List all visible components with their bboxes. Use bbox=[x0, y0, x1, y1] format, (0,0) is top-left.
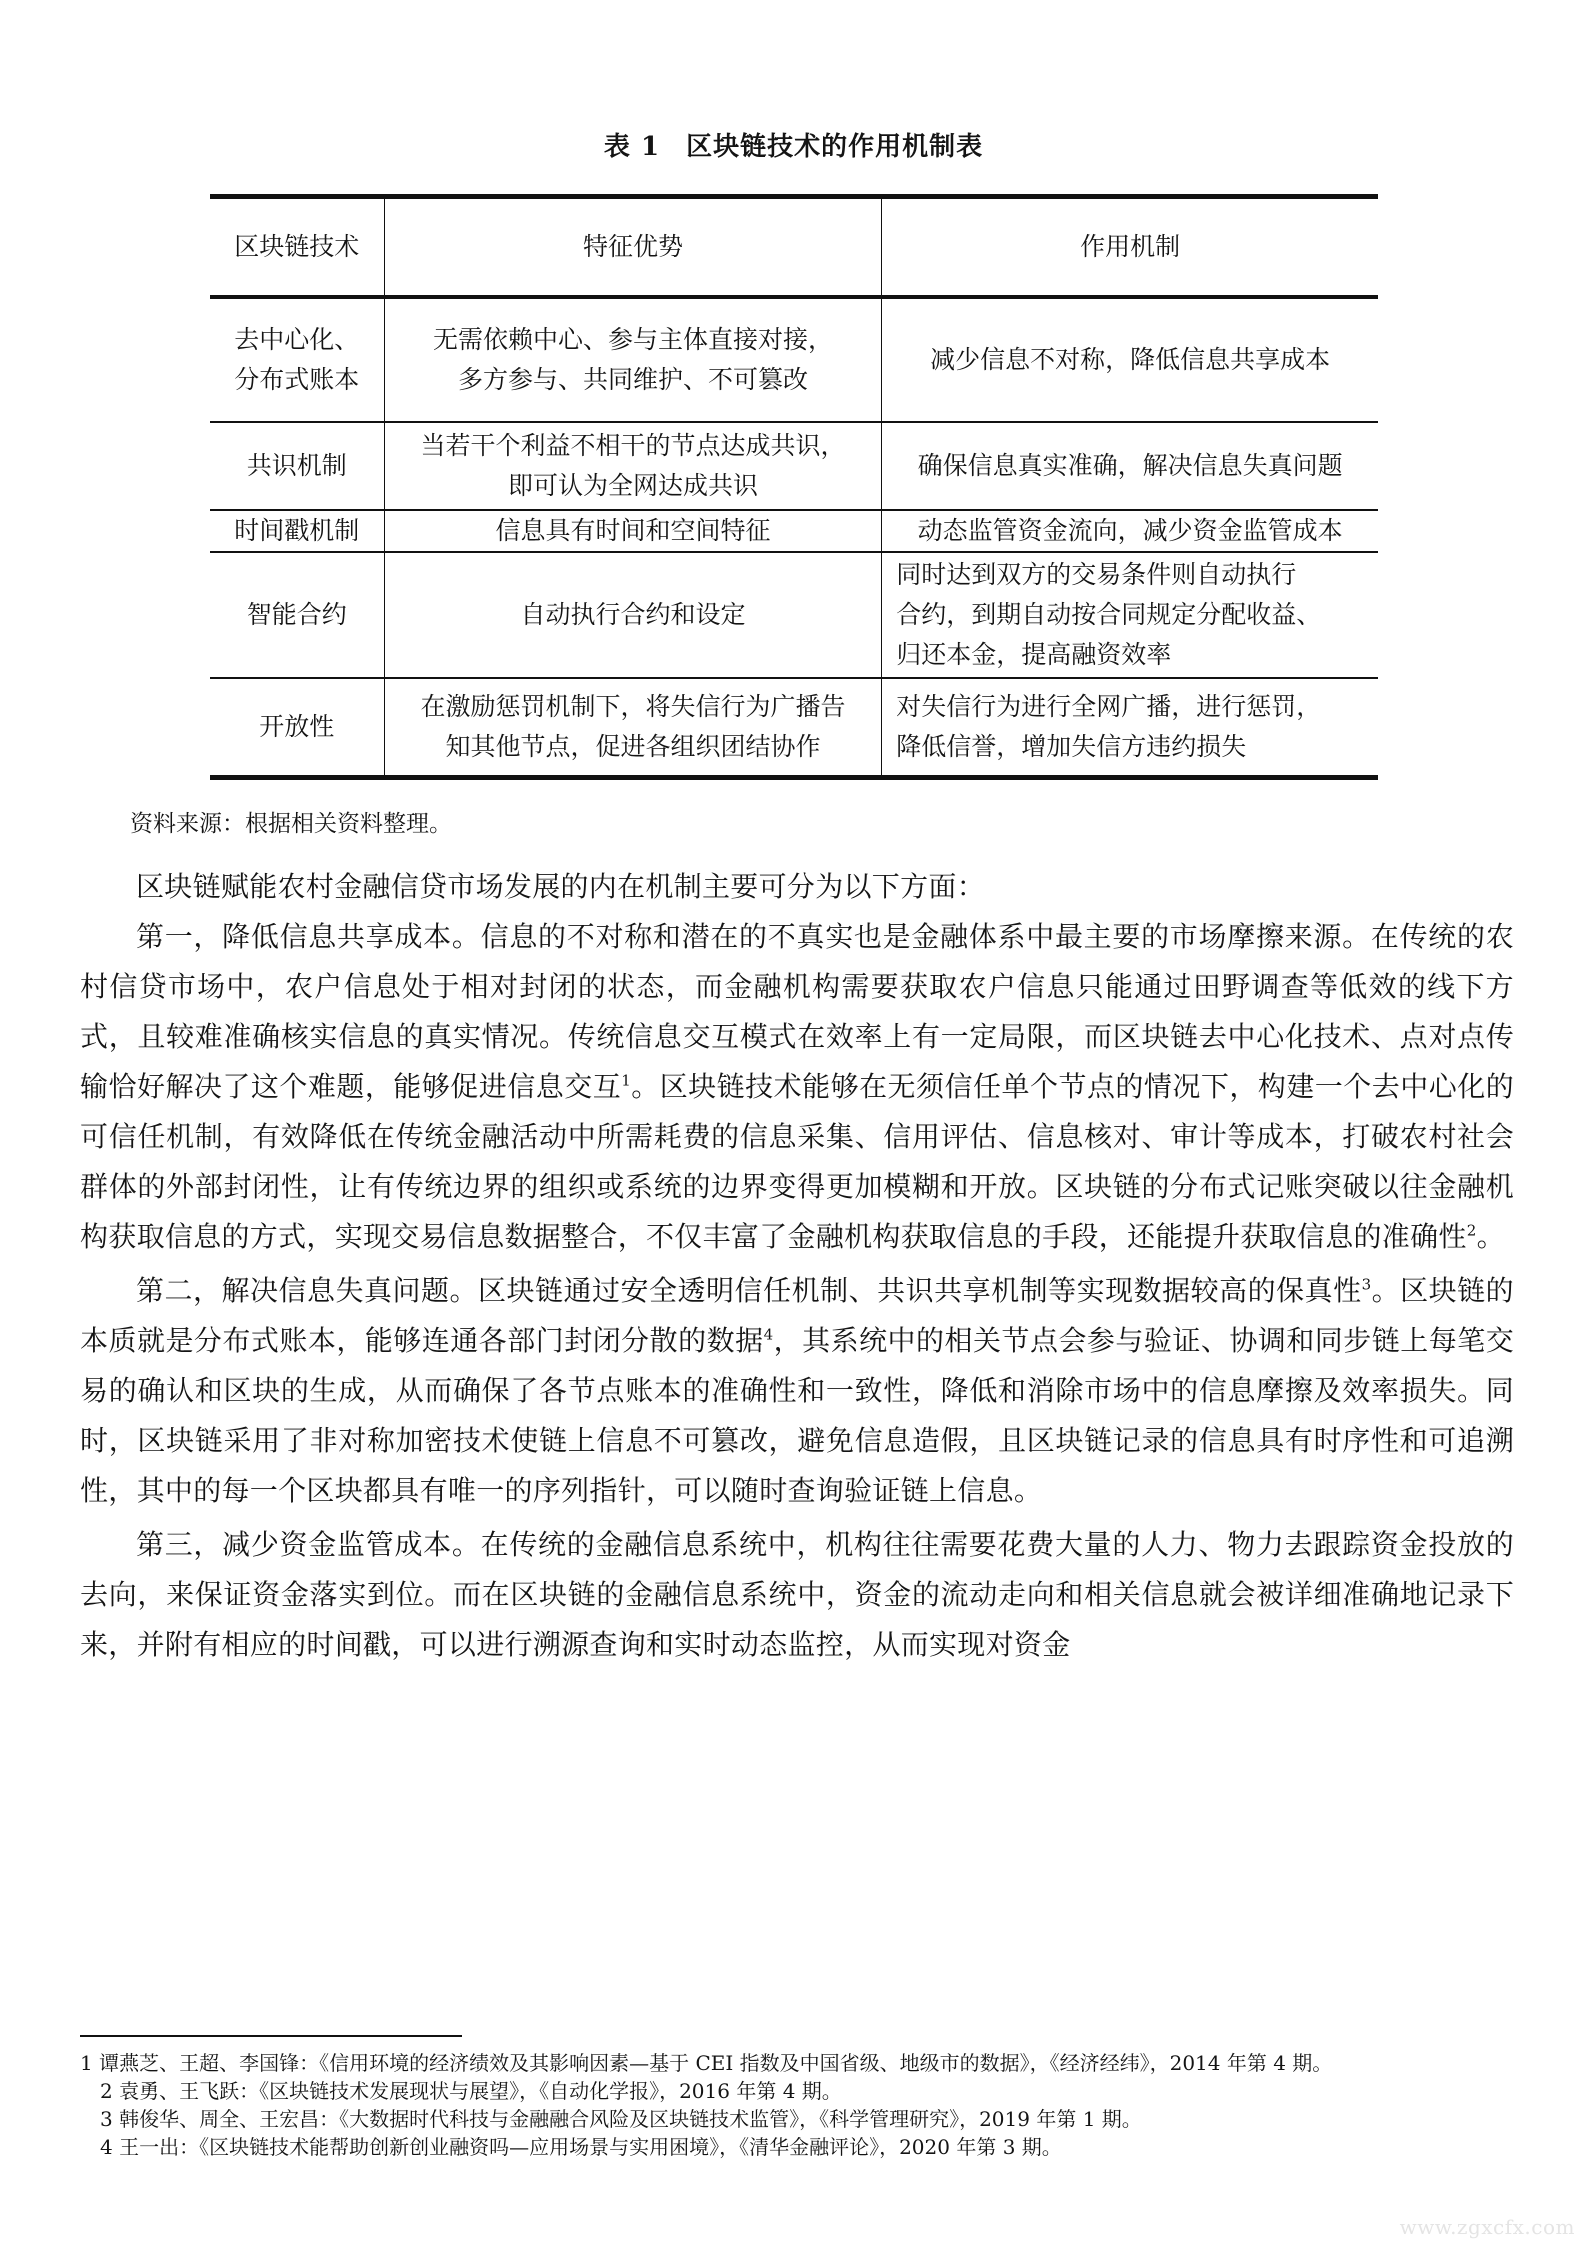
document-page: 表 1区块链技术的作用机制表 区块链技术 特征优势 作用机制 去中心化、 分布式… bbox=[0, 0, 1587, 2245]
cell-mechanism: 减少信息不对称，降低信息共享成本 bbox=[882, 297, 1378, 422]
cell-mechanism: 动态监管资金流向，减少资金监管成本 bbox=[882, 510, 1378, 552]
footnote-ref-4[interactable]: 4 bbox=[764, 1326, 774, 1344]
footnote-4: 4 王一出：《区块链技术能帮助创新创业融资吗—应用场景与实用困境》，《清华金融评… bbox=[80, 2133, 1520, 2161]
body-text: 区块链赋能农村金融信贷市场发展的内在机制主要可分为以下方面： 第一，降低信息共享… bbox=[80, 862, 1514, 1670]
footnote-2: 2 袁勇、王飞跃：《区块链技术发展现状与展望》，《自动化学报》，2016 年第 … bbox=[80, 2077, 1520, 2105]
cell-features: 自动执行合约和设定 bbox=[384, 552, 882, 678]
table-row: 去中心化、 分布式账本 无需依赖中心、参与主体直接对接， 多方参与、共同维护、不… bbox=[210, 297, 1378, 422]
table-source-note: 资料来源：根据相关资料整理。 bbox=[130, 805, 452, 838]
cell-tech: 智能合约 bbox=[210, 552, 384, 678]
cell-tech: 时间戳机制 bbox=[210, 510, 384, 552]
table-row: 时间戳机制 信息具有时间和空间特征 动态监管资金流向，减少资金监管成本 bbox=[210, 510, 1378, 552]
cell-features: 在激励惩罚机制下，将失信行为广播告 知其他节点，促进各组织团结协作 bbox=[384, 678, 882, 778]
header-cell-features: 特征优势 bbox=[384, 197, 882, 297]
footnote-ref-2[interactable]: 2 bbox=[1467, 1222, 1477, 1240]
intro-paragraph: 区块链赋能农村金融信贷市场发展的内在机制主要可分为以下方面： bbox=[80, 862, 1514, 912]
watermark: www.zgxcfx.com bbox=[1400, 2215, 1575, 2239]
footnotes: 1 谭燕芝、王超、李国锋：《信用环境的经济绩效及其影响因素—基于 CEI 指数及… bbox=[80, 2049, 1520, 2161]
cell-mechanism: 对失信行为进行全网广播，进行惩罚， 降低信誉，增加失信方违约损失 bbox=[882, 678, 1378, 778]
cell-mechanism: 确保信息真实准确，解决信息失真问题 bbox=[882, 422, 1378, 510]
table-header-row: 区块链技术 特征优势 作用机制 bbox=[210, 197, 1378, 297]
cell-features: 信息具有时间和空间特征 bbox=[384, 510, 882, 552]
footnote-1: 1 谭燕芝、王超、李国锋：《信用环境的经济绩效及其影响因素—基于 CEI 指数及… bbox=[80, 2049, 1520, 2077]
table-row: 开放性 在激励惩罚机制下，将失信行为广播告 知其他节点，促进各组织团结协作 对失… bbox=[210, 678, 1378, 778]
cell-tech: 去中心化、 分布式账本 bbox=[210, 297, 384, 422]
paragraph-third: 第三，减少资金监管成本。在传统的金融信息系统中，机构往往需要花费大量的人力、物力… bbox=[80, 1520, 1514, 1670]
footnote-3: 3 韩俊华、周全、王宏昌：《大数据时代科技与金融融合风险及区块链技术监管》，《科… bbox=[80, 2105, 1520, 2133]
header-cell-mechanism: 作用机制 bbox=[882, 197, 1378, 297]
footnote-ref-3[interactable]: 3 bbox=[1362, 1276, 1372, 1294]
paragraph-second: 第二，解决信息失真问题。区块链通过安全透明信任机制、共识共享机制等实现数据较高的… bbox=[80, 1266, 1514, 1516]
table-row: 智能合约 自动执行合约和设定 同时达到双方的交易条件则自动执行 合约，到期自动按… bbox=[210, 552, 1378, 678]
header-cell-tech: 区块链技术 bbox=[210, 197, 384, 297]
table-number: 表 1 bbox=[604, 132, 660, 162]
mechanism-table: 区块链技术 特征优势 作用机制 去中心化、 分布式账本 无需依赖中心、参与主体直… bbox=[210, 194, 1378, 780]
footnote-ref-1[interactable]: 1 bbox=[621, 1072, 631, 1090]
table-row: 共识机制 当若干个利益不相干的节点达成共识， 即可认为全网达成共识 确保信息真实… bbox=[210, 422, 1378, 510]
cell-features: 当若干个利益不相干的节点达成共识， 即可认为全网达成共识 bbox=[384, 422, 882, 510]
footnote-separator bbox=[80, 2035, 462, 2037]
table-title: 区块链技术的作用机制表 bbox=[686, 132, 983, 162]
table-caption: 表 1区块链技术的作用机制表 bbox=[0, 126, 1587, 163]
cell-features: 无需依赖中心、参与主体直接对接， 多方参与、共同维护、不可篡改 bbox=[384, 297, 882, 422]
cell-mechanism: 同时达到双方的交易条件则自动执行 合约，到期自动按合同规定分配收益、 归还本金，… bbox=[882, 552, 1378, 678]
cell-tech: 共识机制 bbox=[210, 422, 384, 510]
paragraph-first: 第一，降低信息共享成本。信息的不对称和潜在的不真实也是金融体系中最主要的市场摩擦… bbox=[80, 912, 1514, 1262]
cell-tech: 开放性 bbox=[210, 678, 384, 778]
